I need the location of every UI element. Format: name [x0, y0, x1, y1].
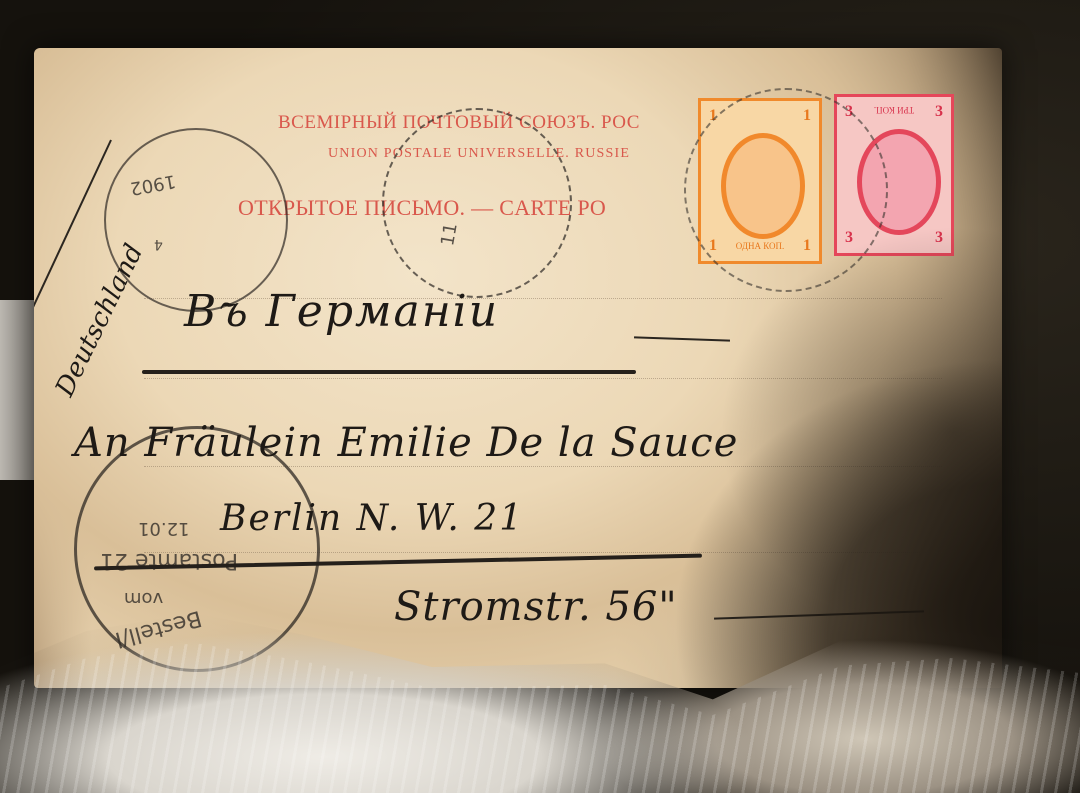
handwritten-street: Stromstr. 56": [394, 584, 678, 630]
ink-flourish: [634, 336, 730, 341]
stamp-value: 3: [935, 229, 943, 247]
address-guideline: [144, 378, 942, 379]
handwritten-side-note: Deutschland: [50, 239, 149, 401]
postmark-center: [382, 108, 572, 298]
postmark-russian-day: 4: [154, 236, 163, 252]
postmark-center-text: 11: [437, 221, 462, 247]
postmark-on-stamps: [684, 88, 888, 292]
ink-underline: [142, 370, 636, 374]
handwritten-recipient: An Fräulein Emilie De la Sauce: [74, 420, 738, 466]
ink-flourish: [714, 610, 924, 619]
handwritten-city: Berlin N. W. 21: [220, 498, 524, 539]
postmark-berlin-date: 12.01: [138, 518, 190, 539]
postcard: ВСЕМIРНЫЙ ПОЧТОВЫЙ СОЮЗЪ. РОС UNION POST…: [34, 48, 1002, 688]
postmark-berlin-vom: vom: [124, 588, 163, 609]
handwritten-country: Въ Германiи: [184, 286, 499, 337]
